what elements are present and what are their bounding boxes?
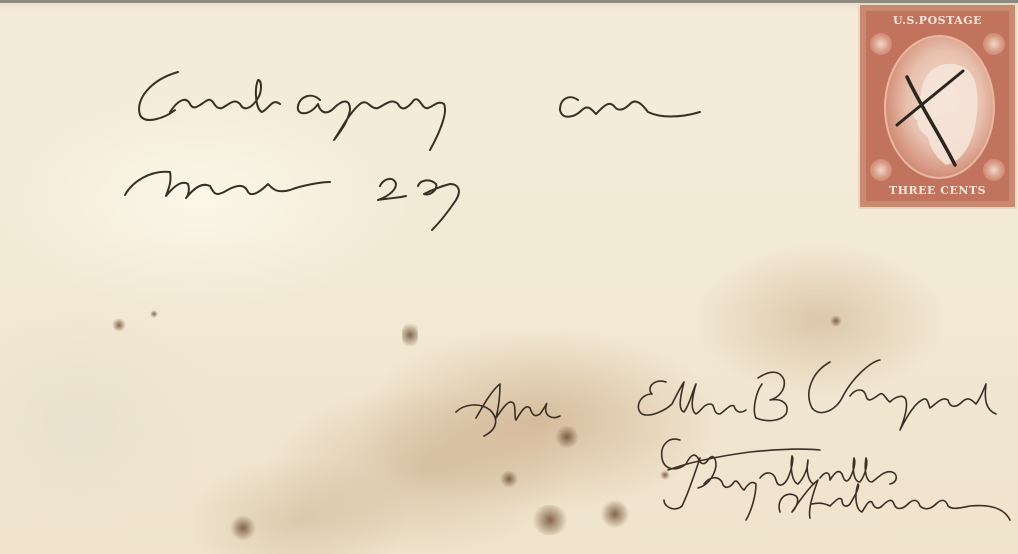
address-line1-script [456,360,996,436]
address-line3-script [664,449,896,520]
postmark-line2-script [125,172,459,230]
handwriting-layer [0,0,1018,554]
postmark-line1-script [139,72,700,150]
address-line4-script [779,480,1010,520]
